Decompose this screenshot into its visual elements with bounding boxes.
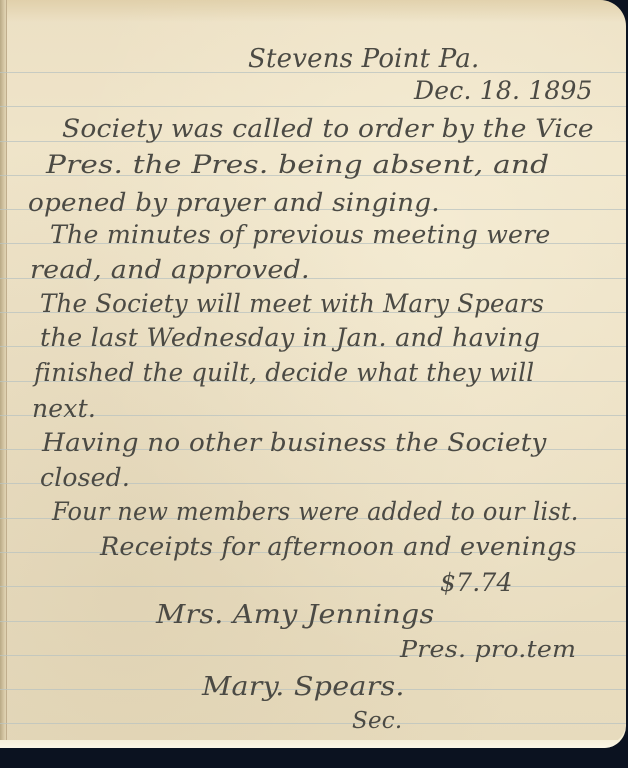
minutes-line: The minutes of previous meeting were	[50, 220, 551, 249]
president-signature: Mrs. Amy Jennings	[156, 600, 434, 630]
minutes-line: Pres. the Pres. being absent, and	[46, 150, 549, 179]
minutes-line: read, and approved.	[30, 255, 310, 284]
minutes-line: Having no other business the Society	[42, 428, 547, 457]
gutter-line	[6, 0, 7, 748]
receipts-line: Receipts for afternoon and evenings	[100, 532, 577, 561]
ruled-line	[0, 723, 626, 724]
minutes-line: next.	[32, 394, 96, 423]
secretary-signature: Mary. Spears.	[202, 672, 405, 702]
secretary-title: Sec.	[352, 708, 402, 734]
minutes-line: The Society will meet with Mary Spears	[40, 289, 544, 318]
page-bottom-edge	[0, 740, 620, 748]
header-place: Stevens Point Pa.	[248, 44, 479, 74]
notebook-page: Stevens Point Pa. Dec. 18. 1895 Society …	[0, 0, 626, 748]
ruled-line	[0, 586, 626, 587]
minutes-line: finished the quilt, decide what they wil…	[34, 358, 534, 387]
ruled-line	[0, 106, 626, 107]
page-top-stain	[0, 0, 626, 22]
receipts-amount: $7.74	[440, 568, 513, 597]
minutes-line: Four new members were added to our list.	[52, 497, 579, 526]
minutes-line: the last Wednesday in Jan. and having	[40, 323, 540, 352]
president-title: Pres. pro.tem	[400, 637, 576, 663]
header-date: Dec. 18. 1895	[414, 76, 593, 105]
minutes-line: opened by prayer and singing.	[28, 188, 440, 217]
minutes-line: Society was called to order by the Vice	[62, 114, 594, 143]
minutes-line: closed.	[40, 463, 130, 492]
